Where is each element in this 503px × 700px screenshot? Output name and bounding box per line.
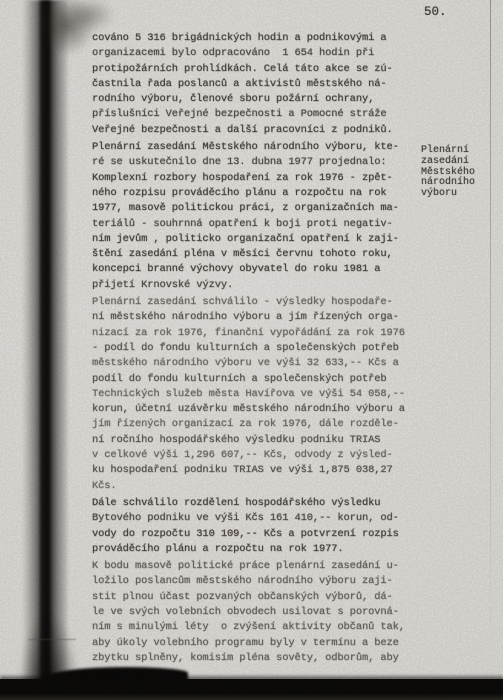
text-line: Veřejné bezpečnosti a další pracovníci z… <box>92 123 414 138</box>
text-line: v celkové výši 1,296 607,-- Kčs, odvody … <box>92 448 414 463</box>
text-line: ní městského národního výboru a jím říze… <box>92 310 414 325</box>
text-line: ku hospodaření podniku TRIAS ve výši 1,8… <box>92 463 414 478</box>
paragraph: Plenární zasedání schválilo - výsledky h… <box>92 295 414 494</box>
scanned-document-page: cováno 5 316 brigádnických hodin a podni… <box>0 0 503 700</box>
text-line: podíl do fondu kulturních a společenskýc… <box>92 372 414 387</box>
text-line: Technických služeb města Havířova ve výš… <box>92 387 414 402</box>
text-line: vody do rozpočtu 310 109,-- Kčs a potvrz… <box>92 527 414 542</box>
text-line: ložilo poslancům městského národního výb… <box>92 574 414 589</box>
text-line: městského národního výboru ve výši 32 63… <box>92 356 414 371</box>
text-line: štění zasedání pléna v měsíci červnu toh… <box>92 247 414 262</box>
text-line: Plenární zasedání schválilo - výsledky h… <box>92 295 414 310</box>
binding-smudge <box>58 0 122 38</box>
text-line: teriálů - souhrnná opatření k boji proti… <box>92 217 414 232</box>
text-line: Bytového podniku ve výši Kčs 161 410,-- … <box>92 511 414 526</box>
text-line: častnila řada poslanců a aktivistů městs… <box>92 77 414 92</box>
text-line: ním s minulými léty o zvýšení aktivity o… <box>92 620 414 635</box>
typewritten-body-text: cováno 5 316 brigádnických hodin a podni… <box>92 31 414 668</box>
text-line: koncepci branné výchovy obyvatel do roku… <box>92 262 414 277</box>
text-line: Kčs. <box>92 479 414 494</box>
pencil-tick-mark <box>28 639 76 640</box>
scan-scratch-line <box>490 0 491 665</box>
margin-note: PlenárnízasedáníMěstskéhonárodníhovýboru <box>421 146 499 200</box>
text-line: rodního výboru, členové sboru požární oc… <box>92 92 414 107</box>
text-line: le ve svých volebních obvodech usilovat … <box>92 605 414 620</box>
text-line: ré se uskutečnilo dne 13. dubna 1977 pro… <box>92 155 414 170</box>
text-line: Komplexní rozbory hospodaření za rok 197… <box>92 171 414 186</box>
bottom-scan-shadow <box>0 679 503 700</box>
text-line: příslušníci Veřejné bezpečnosti a Pomocn… <box>92 107 414 122</box>
text-line: Plenární zasedání Městského národního vý… <box>92 140 414 155</box>
text-line: zbytku splněny, komisím pléna sověty, od… <box>92 651 414 666</box>
text-line: protipožárních prohlídkách. Celá táto ak… <box>92 62 414 77</box>
paragraph: Plenární zasedání Městského národního vý… <box>92 140 414 293</box>
paragraph: Dále schválilo rozdělení hospodářského v… <box>92 496 414 557</box>
margin-note-line: výboru <box>421 189 499 200</box>
text-line: aby úkoly volebního programu byly v term… <box>92 636 414 651</box>
text-line: stit plnou účast pozvaných občanských vý… <box>92 590 414 605</box>
text-line: ním jevům , politicko organizační opatře… <box>92 232 414 247</box>
paragraph: K bodu masově politické práce plenární z… <box>92 559 414 666</box>
text-line: ní ročního hospodářského výsledku podnik… <box>92 433 414 448</box>
text-line: cováno 5 316 brigádnických hodin a podni… <box>92 31 414 46</box>
text-line: prováděcího plánu a rozpočtu na rok 1977… <box>92 542 414 557</box>
text-line: přijetí Krnovské výzvy. <box>92 278 414 293</box>
text-line: nizací za rok 1976, finanční vypořádání … <box>92 326 414 341</box>
text-line: jím řízených organizací za rok 1976, dál… <box>92 417 414 432</box>
text-line: organizacemi bylo odpracováno 1 654 hodi… <box>92 46 414 61</box>
paragraph: cováno 5 316 brigádnických hodin a podni… <box>92 31 414 138</box>
text-line: ného rozpisu prováděcího plánu a rozpočt… <box>92 186 414 201</box>
text-line: K bodu masově politické práce plenární z… <box>92 559 414 574</box>
margin-note-line: zasedání <box>421 157 499 168</box>
text-line: Dále schválilo rozdělení hospodářského v… <box>92 496 414 511</box>
text-line: - podíl do fondu kulturních a společensk… <box>92 341 414 356</box>
text-line: korun, účetní uzávěrku městského národní… <box>92 402 414 417</box>
page-number: 50. <box>424 5 447 19</box>
text-line: 1977, masově politickou práci, z organiz… <box>92 201 414 216</box>
